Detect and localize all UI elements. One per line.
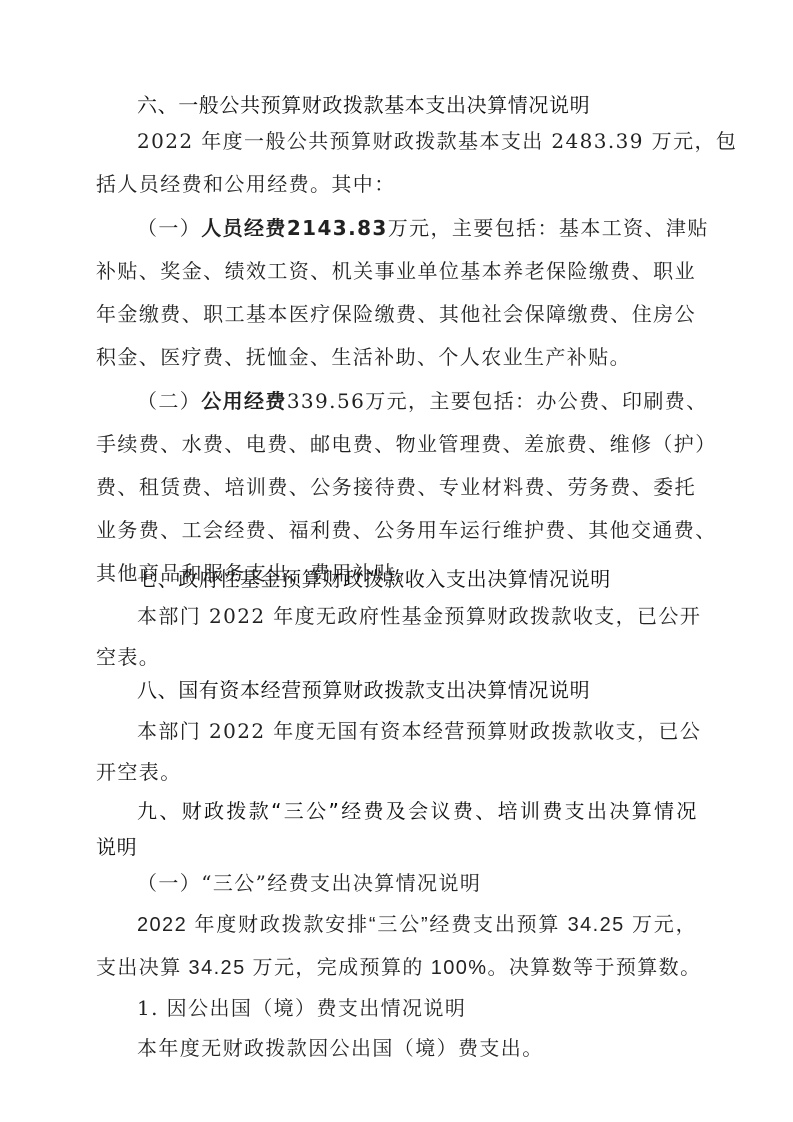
item-prefix: （二） [137,389,201,413]
paragraph-line: 费、租赁费、培训费、公务接待费、专业材料费、劳务费、委托 [96,474,696,500]
subheading-three-public: （一）“三公”经费支出决算情况说明 [137,870,697,896]
personnel-expense-label: 人员经费 [201,216,287,240]
paragraph-line: 支出决算 34.25 万元，完成预算的 100%。决算数等于预算数。 [96,955,696,981]
section-heading-7: 七、政府性基金预算财政拨款收入支出决算情况说明 [137,566,697,592]
paragraph-line: 年金缴费、职工基本医疗保险缴费、其他社会保障缴费、住房公 [96,301,696,327]
paragraph-line: 2022 年度一般公共预算财政拨款基本支出 2483.39 万元，包 [137,128,697,154]
item-text: 万元，主要包括：基本工资、津贴 [388,216,709,240]
paragraph-line: 补贴、奖金、绩效工资、机关事业单位基本养老保险缴费、职业 [96,258,696,284]
item-text: 万元，主要包括：办公费、印刷费、 [365,389,707,413]
paragraph-line: 开空表。 [96,759,696,785]
paragraph-line: 手续费、水费、电费、邮电费、物业管理费、差旅费、维修（护） [96,431,696,457]
section-heading-8: 八、国有资本经营预算财政拨款支出决算情况说明 [137,677,697,703]
sub-item-heading: 1. 因公出国（境）费支出情况说明 [137,995,697,1021]
paragraph-line: 空表。 [96,644,696,670]
personnel-expense-line: （一）人员经费2143.83万元，主要包括：基本工资、津贴 [137,215,697,241]
paragraph-line: 本部门 2022 年度无国有资本经营预算财政拨款收支，已公 [137,718,697,744]
public-expense-label: 公用经费 [201,389,287,413]
section-heading-6: 六、一般公共预算财政拨款基本支出决算情况说明 [137,92,697,118]
public-expense-amount: 339.56 [287,389,365,413]
personnel-expense-amount: 2143.83 [287,216,388,240]
section-heading-9-cont: 说明 [96,834,696,860]
paragraph-line: 本部门 2022 年度无政府性基金预算财政拨款收支，已公开 [137,603,697,629]
paragraph-line: 2022 年度财政拨款安排“三公”经费支出预算 34.25 万元， [137,912,697,938]
paragraph-line: 括人员经费和公用经费。其中： [96,171,696,197]
sub-item-body: 本年度无财政拨款因公出国（境）费支出。 [137,1035,697,1061]
paragraph-line: 业务费、工会经费、福利费、公务用车运行维护费、其他交通费、 [96,517,696,543]
public-expense-line: （二）公用经费339.56万元，主要包括：办公费、印刷费、 [137,388,697,414]
section-heading-9: 九、财政拨款“三公”经费及会议费、培训费支出决算情况 [137,798,697,824]
item-prefix: （一） [137,216,201,240]
paragraph-line: 积金、医疗费、抚恤金、生活补助、个人农业生产补贴。 [96,344,696,370]
